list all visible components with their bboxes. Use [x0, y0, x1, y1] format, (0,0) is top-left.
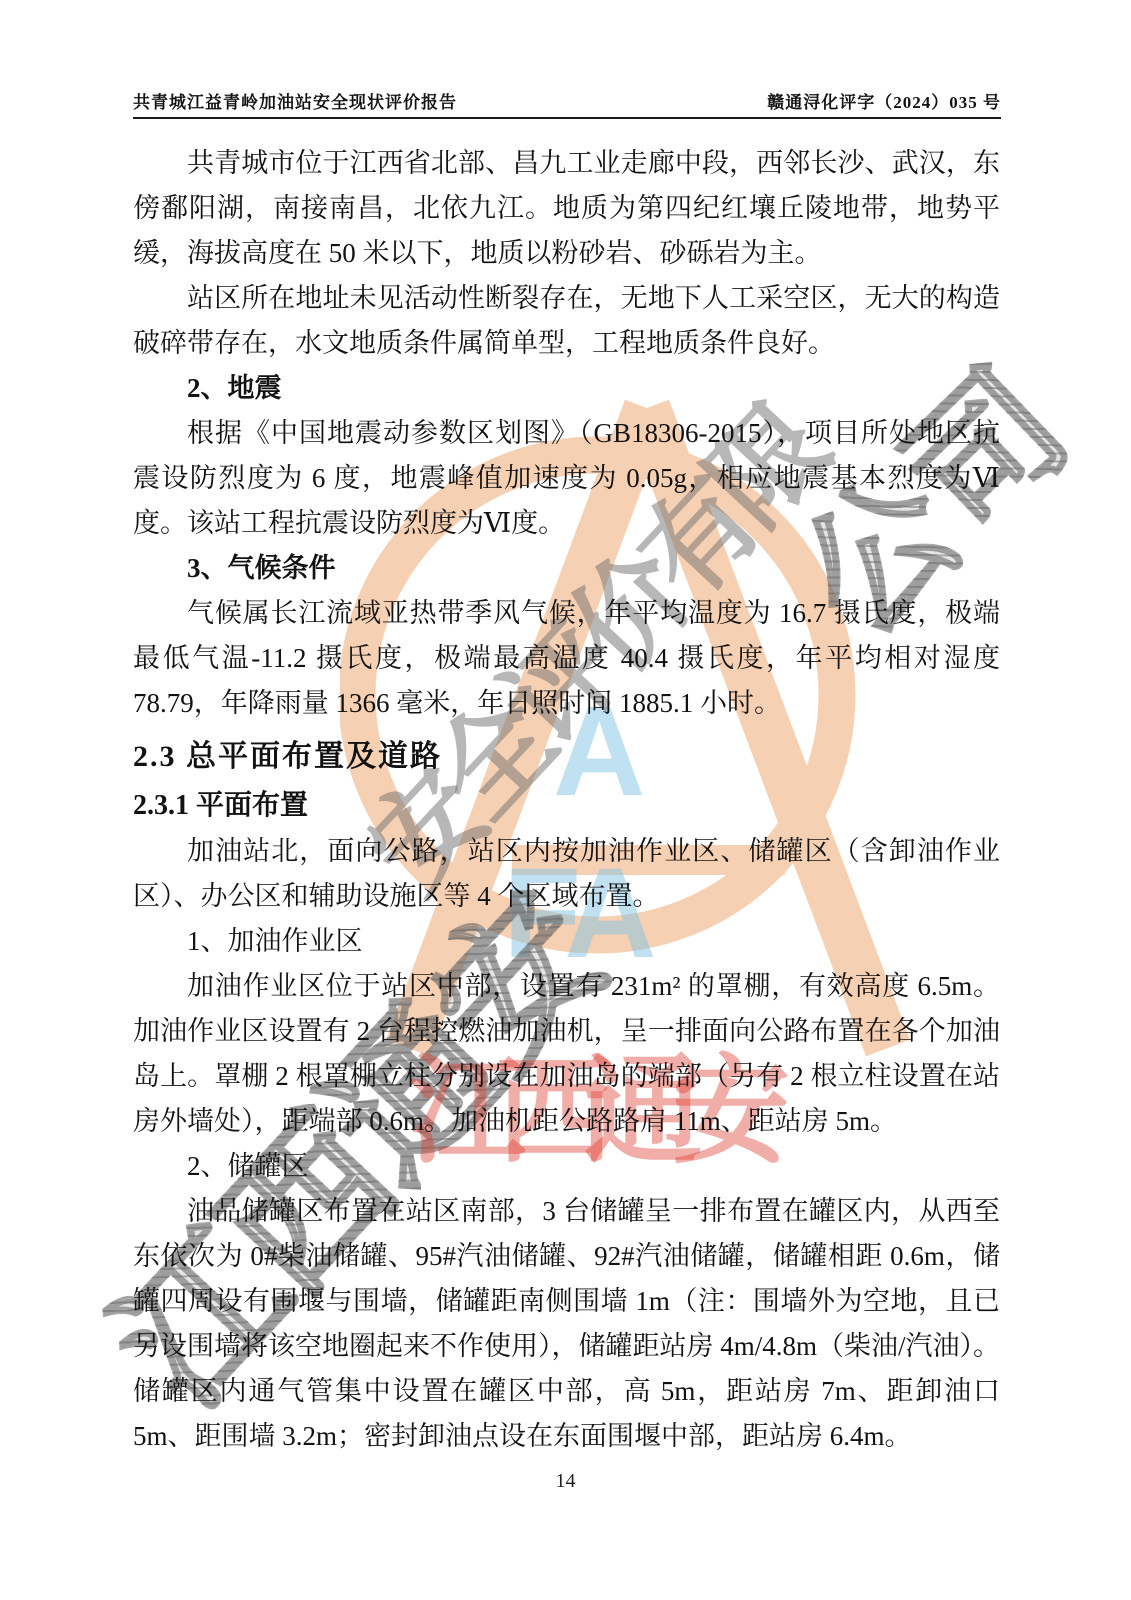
paragraph-region-overview: 共青城市位于江西省北部、昌九工业走廊中段，西邻长沙、武汉，东傍鄱阳湖，南接南昌，…: [133, 141, 1000, 276]
page-header: 共青城江益青岭加油站安全现状评价报告 赣通浔化评字（2024）035 号: [133, 88, 1001, 113]
document-page: A FA 安全评价有限 江西通安 公司 江西通安 共青城江益青岭加油站安全现状评…: [0, 0, 1131, 1600]
heading-subsection-2-3-1: 2.3.1 平面布置: [133, 783, 1000, 829]
page-footer: 14: [0, 1470, 1131, 1493]
heading-earthquake: 2、地震: [133, 366, 1000, 411]
document-body: 共青城市位于江西省北部、昌九工业走廊中段，西邻长沙、武汉，东傍鄱阳湖，南接南昌，…: [133, 141, 1000, 1459]
header-divider: [133, 117, 1001, 119]
paragraph-tank-area: 油品储罐区布置在站区南部，3 台储罐呈一排布置在罐区内，从西至东依次为 0#柴油…: [133, 1189, 1000, 1459]
heading-climate: 3、气候条件: [133, 546, 1000, 591]
paragraph-climate: 气候属长江流域亚热带季风气候，年平均温度为 16.7 摄氏度，极端最低气温-11…: [133, 591, 1000, 726]
page-number: 14: [556, 1470, 576, 1492]
paragraph-refueling-area: 加油作业区位于站区中部，设置有 231m² 的罩棚，有效高度 6.5m。加油作业…: [133, 964, 1000, 1144]
subheading-tank-area: 2、储罐区: [133, 1144, 1000, 1189]
header-report-title: 共青城江益青岭加油站安全现状评价报告: [133, 88, 457, 113]
paragraph-earthquake: 根据《中国地震动参数区划图》（GB18306-2015），项目所处地区抗震设防烈…: [133, 411, 1000, 546]
heading-section-2-3: 2.3 总平面布置及道路: [133, 733, 1000, 781]
paragraph-layout: 加油站北，面向公路，站区内按加油作业区、储罐区（含卸油作业区）、办公区和辅助设施…: [133, 829, 1000, 919]
header-document-number: 赣通浔化评字（2024）035 号: [767, 88, 1001, 113]
subheading-refueling-area: 1、加油作业区: [133, 919, 1000, 964]
paragraph-geology: 站区所在地址未见活动性断裂存在，无地下人工采空区，无大的构造破碎带存在，水文地质…: [133, 276, 1000, 366]
